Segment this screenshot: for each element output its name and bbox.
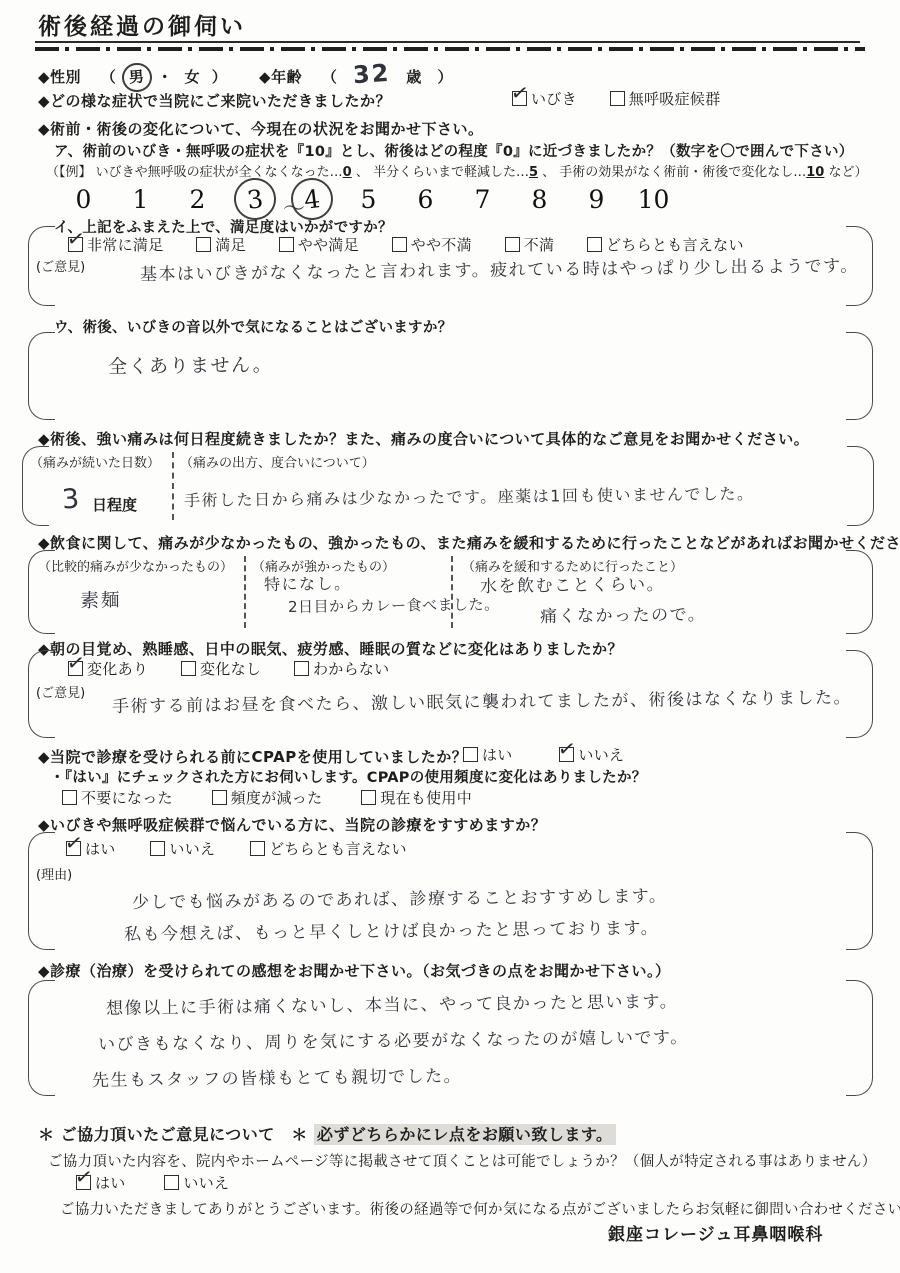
checkbox-icon[interactable] (463, 747, 478, 762)
satisfaction-opinion-handwritten: 基本はいびきがなくなったと言われます。疲れている時はやっぱり少し出るようです。 (140, 251, 859, 285)
sex-field: ◆性別 （ 男 ・ 女 ） ◆年齢 （ 32 歳 ） (38, 60, 453, 92)
scale-0[interactable]: 0 (55, 178, 112, 220)
impressions-question: ◆診療（治療）を受けられての感想をお聞かせ下さい。（お気づきの点をお聞かせ下さい… (38, 960, 671, 981)
checkbox-icon[interactable] (68, 237, 83, 252)
checkbox-rec-iie[interactable]: いいえ (150, 838, 215, 859)
separator-line (35, 47, 865, 51)
checkbox-wakaranai[interactable]: わからない (294, 658, 390, 679)
impressions-line3-handwritten: 先生もスタッフの皆様もとても親切でした。 (92, 1061, 462, 1091)
checkbox-icon[interactable] (181, 661, 196, 676)
footer-note: ＊ ご協力頂いたご意見について ＊ 必ずどちらかにレ点をお願い致します。 (38, 1122, 616, 1145)
checkbox-icon[interactable] (66, 841, 81, 856)
scale-10[interactable]: 10 (625, 178, 682, 220)
pain-detail-handwritten: 手術した日から痛みは少なかったです。座薬は1回も使いませんでした。 (184, 481, 755, 511)
footer-note-highlight: 必ずどちらかにレ点をお願い致します。 (314, 1124, 616, 1145)
checkbox-mukokyu[interactable]: 無呼吸症候群 (610, 88, 721, 109)
scale-question: ア、術前のいびき・無呼吸の症状を『10』とし、術後はどの程度『0』に近づきました… (54, 140, 854, 161)
column-divider (451, 556, 453, 628)
pain-days-handwritten: 3 (61, 483, 82, 515)
checkbox-henka-nashi[interactable]: 変化なし (181, 658, 261, 679)
column-divider (172, 452, 174, 520)
age-unit: 歳 (406, 68, 422, 86)
food-col1-label: （比較的痛みが少なかったもの） (38, 556, 233, 575)
checkbox-fuyou[interactable]: 不要になった (62, 787, 173, 808)
impressions-line1-handwritten: 想像以上に手術は痛くないし、本当に、やって良かったと思います。 (106, 987, 678, 1019)
symptom-question: ◆どの様な症状で当院にご来院いただきましたか？ (38, 90, 391, 111)
food-col3-line2-handwritten: 痛くなかったので。 (540, 600, 706, 627)
cpap-sub-question: ・『はい』にチェックされた方にお伺いします。CPAPの使用頻度に変化はありました… (50, 766, 647, 787)
sex-paren-open: （ (101, 68, 117, 86)
scale-2[interactable]: 2 (169, 178, 226, 220)
sex-dot: ・ (157, 68, 173, 86)
checkbox-hindo-hetta[interactable]: 頻度が減った (212, 787, 323, 808)
checkbox-rec-dochira[interactable]: どちらとも言えない (250, 838, 407, 859)
questionnaire-page: 術後経過の御伺い ◆性別 （ 男 ・ 女 ） ◆年齢 （ 32 歳 ） ◆どの様… (0, 0, 900, 1273)
symptom-options: いびき 無呼吸症候群 (512, 88, 749, 110)
reason-line2-handwritten: 私も今想えば、もっと早くしとけば良かったと思っております。 (124, 913, 659, 945)
opinion-label: (ご意見) (36, 682, 85, 701)
pain-days-unit: 日程度 (92, 494, 137, 515)
checkbox-cpap-iie[interactable]: いいえ (559, 744, 624, 765)
sex-male-circled[interactable]: 男 (121, 62, 153, 93)
pain-detail-label: （痛みの出方、度合いについて） (180, 452, 375, 471)
recommend-box: はい いいえ どちらとも言えない (理由) 少しでも悩みがあるのであれば、診療す… (28, 832, 873, 950)
sex-paren-close: ） (212, 68, 228, 86)
checkbox-cpap-hai[interactable]: はい (463, 744, 513, 765)
checkbox-publish-hai[interactable]: はい (76, 1172, 126, 1193)
example-value-10: 10 (806, 165, 824, 180)
food-col2-line1-handwritten: 特になし。 (264, 571, 352, 595)
title-underline (35, 41, 860, 43)
checkbox-icon[interactable] (294, 661, 309, 676)
reason-label: (理由) (36, 864, 72, 883)
pain-box: （痛みが続いた日数） （痛みの出方、度合いについて） 3 日程度 手術した日から… (22, 446, 874, 526)
checkbox-icon[interactable] (559, 747, 574, 762)
sex-female[interactable]: 女 (185, 68, 201, 86)
rating-scale: 0 1 2 3 4 5 6 7 8 9 10 (55, 178, 682, 220)
scale-6[interactable]: 6 (397, 178, 454, 220)
pain-days-label: （痛みが続いた日数） (30, 452, 160, 471)
checkbox-dochira[interactable]: どちらとも言えない (587, 234, 744, 255)
sex-label: ◆性別 (38, 68, 81, 86)
checkbox-icon[interactable] (68, 661, 83, 676)
age-value-handwritten: 32 (352, 59, 391, 90)
food-col1-handwritten: 素麺 (80, 585, 121, 612)
age-paren-open: （ (322, 68, 338, 86)
checkbox-publish-iie[interactable]: いいえ (164, 1172, 229, 1193)
reason-line1-handwritten: 少しでも悩みがあるのであれば、診療することおすすめします。 (132, 881, 668, 913)
checkbox-yaya-fuman[interactable]: やや不満 (392, 234, 472, 255)
impressions-box: 想像以上に手術は痛くないし、本当に、やって良かったと思います。 いびきもなくなり… (28, 980, 873, 1096)
checkbox-henka-ari[interactable]: 変化あり (68, 658, 148, 679)
checkbox-icon[interactable] (512, 91, 527, 106)
scale-5[interactable]: 5 (340, 178, 397, 220)
food-col3-line1-handwritten: 水を飲むことくらい。 (480, 570, 665, 597)
checkbox-icon[interactable] (196, 237, 211, 252)
recommend-options: はい いいえ どちらとも言えない (66, 838, 435, 860)
cpap-options: はい いいえ (463, 744, 652, 766)
food-col2-line2-handwritten: 2日目からカレー食べました。 (288, 593, 500, 617)
page-title: 術後経過の御伺い (38, 8, 246, 41)
checkbox-icon[interactable] (62, 790, 77, 805)
checkbox-icon[interactable] (361, 790, 376, 805)
checkbox-icon[interactable] (587, 237, 602, 252)
other-box: 全くありません。 (28, 332, 873, 420)
change-heading: ◆術前・術後の変化について、今現在の状況をお聞かせ下さい。 (38, 118, 483, 139)
checkbox-icon[interactable] (610, 91, 625, 106)
thanks-text: ご協力いただきましてありがとうございます。術後の経過等で何か気になる点がございま… (60, 1198, 900, 1219)
checkbox-icon[interactable] (150, 841, 165, 856)
scale-7[interactable]: 7 (454, 178, 511, 220)
publish-options: はい いいえ (76, 1172, 257, 1194)
checkbox-genzai-shiyou[interactable]: 現在も使用中 (361, 787, 472, 808)
publish-question: ご協力頂いた内容を、院内やホームページ等に掲載させて頂くことは可能でしょうか？（… (48, 1150, 877, 1171)
checkbox-yaya-manzoku[interactable]: やや満足 (279, 234, 359, 255)
scale-8[interactable]: 8 (511, 178, 568, 220)
sleep-box: 変化あり 変化なし わからない (ご意見) 手術する前はお昼を食べたら、激しい眠… (28, 650, 873, 738)
checkbox-icon[interactable] (392, 237, 407, 252)
checkbox-icon[interactable] (279, 237, 294, 252)
other-answer-handwritten: 全くありません。 (108, 350, 273, 379)
checkbox-icon[interactable] (212, 790, 227, 805)
scale-9[interactable]: 9 (568, 178, 625, 220)
sleep-opinion-handwritten: 手術する前はお昼を食べたら、激しい眠気に襲われてましたが、術後はなくなりました。 (112, 683, 852, 717)
checkbox-manzoku[interactable]: 満足 (196, 234, 246, 255)
food-box: （比較的痛みが少なかったもの） （痛みが強かったもの） （痛みを緩和するために行… (28, 550, 873, 634)
checkbox-icon[interactable] (76, 1175, 91, 1190)
clinic-name: 銀座コレージュ耳鼻咽喉科 (608, 1220, 823, 1245)
checkbox-rec-hai[interactable]: はい (66, 838, 116, 859)
impressions-line2-handwritten: いびきもなくなり、周りを気にする必要がなくなったのが嬉しいです。 (98, 1023, 689, 1055)
checkbox-icon[interactable] (164, 1175, 179, 1190)
cpap-question: ◆当院で診療を受けられる前にCPAPを使用していましたか？ (38, 746, 467, 767)
satisfaction-box: 非常に満足 満足 やや満足 やや不満 不満 どちらとも言えない (ご意見) 基本… (28, 226, 873, 306)
scale-3-circled[interactable]: 3 (226, 178, 283, 220)
age-label: ◆年齢 (259, 68, 302, 86)
opinion-label: (ご意見) (36, 256, 85, 275)
checkbox-ibiki[interactable]: いびき (512, 88, 577, 109)
cpap-sub-options: 不要になった 頻度が減った 現在も使用中 (62, 787, 500, 809)
checkbox-fuman[interactable]: 不満 (505, 234, 555, 255)
age-paren-close: ） (437, 68, 453, 86)
checkbox-icon[interactable] (505, 237, 520, 252)
sleep-options: 変化あり 変化なし わからない (68, 658, 417, 680)
checkbox-icon[interactable] (250, 841, 265, 856)
scale-1[interactable]: 1 (112, 178, 169, 220)
column-divider (244, 556, 246, 628)
checkbox-hijouni-manzoku[interactable]: 非常に満足 (68, 234, 164, 255)
